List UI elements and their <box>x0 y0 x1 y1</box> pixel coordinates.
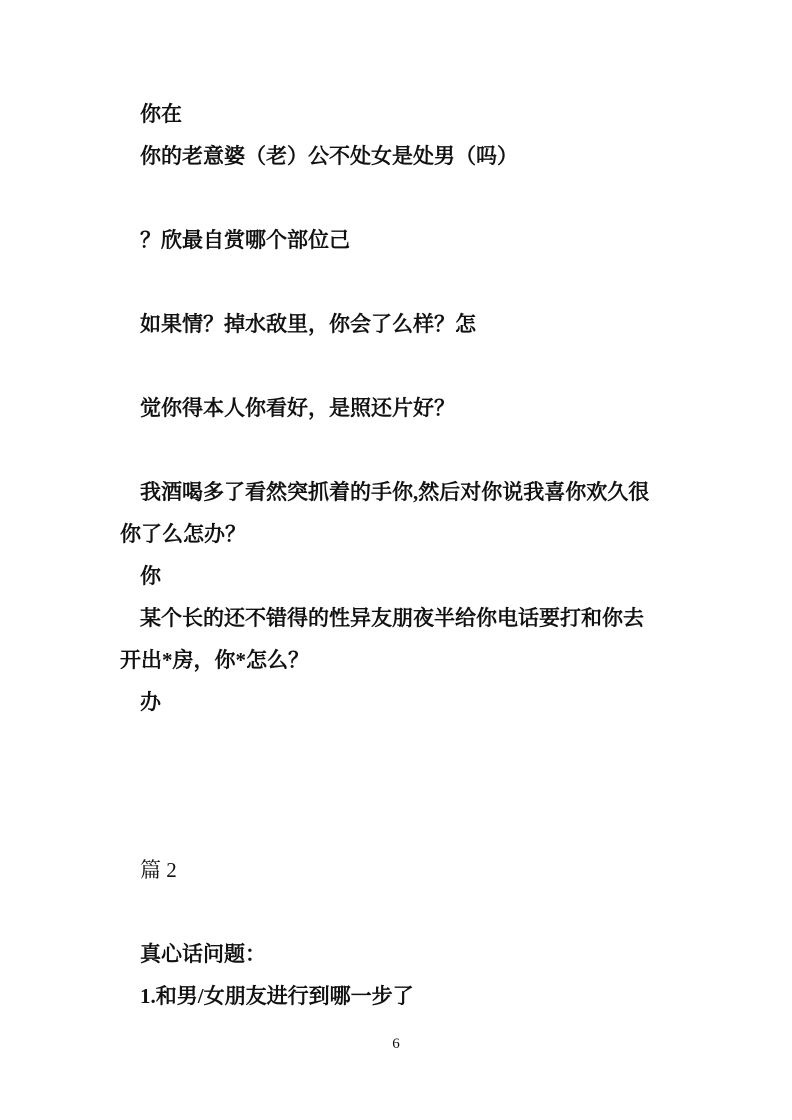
document-body: 你在你的老意婆（老）公不处女是处男（吗） ？欣最自赏哪个部位己 如果情？掉水敌里… <box>120 93 674 1017</box>
text-line: 开出*房，你*怎么？ <box>120 639 674 681</box>
document-page: 你在你的老意婆（老）公不处女是处男（吗） ？欣最自赏哪个部位己 如果情？掉水敌里… <box>0 0 792 1120</box>
text-line: 你的老意婆（老）公不处女是处男（吗） <box>120 135 674 177</box>
text-line: 觉你得本人你看好，是照还片好？ <box>120 387 674 429</box>
text-line: ？欣最自赏哪个部位己 <box>120 219 674 261</box>
blank-line <box>120 429 674 471</box>
text-line: 某个长的还不错得的性异友朋夜半给你电话要打和你去 <box>120 597 674 639</box>
blank-line <box>120 723 674 765</box>
text-line: 你了么怎办？ <box>120 513 674 555</box>
text-line: 办 <box>120 681 674 723</box>
blank-line <box>120 345 674 387</box>
blank-line <box>120 765 674 807</box>
text-line: 你 <box>120 555 674 597</box>
text-line: 如果情？掉水敌里，你会了么样？怎 <box>120 303 674 345</box>
text-line: 1.和男/女朋友进行到哪一步了 <box>120 975 674 1017</box>
text-line: 真心话问题： <box>120 933 674 975</box>
text-line: 篇 2 <box>120 849 674 891</box>
page-number: 6 <box>0 1033 792 1055</box>
blank-line <box>120 891 674 933</box>
blank-line <box>120 261 674 303</box>
blank-line <box>120 177 674 219</box>
text-line: 你在 <box>120 93 674 135</box>
blank-line <box>120 807 674 849</box>
text-line: 我酒喝多了看然突抓着的手你,然后对你说我喜你欢久很 <box>120 471 674 513</box>
